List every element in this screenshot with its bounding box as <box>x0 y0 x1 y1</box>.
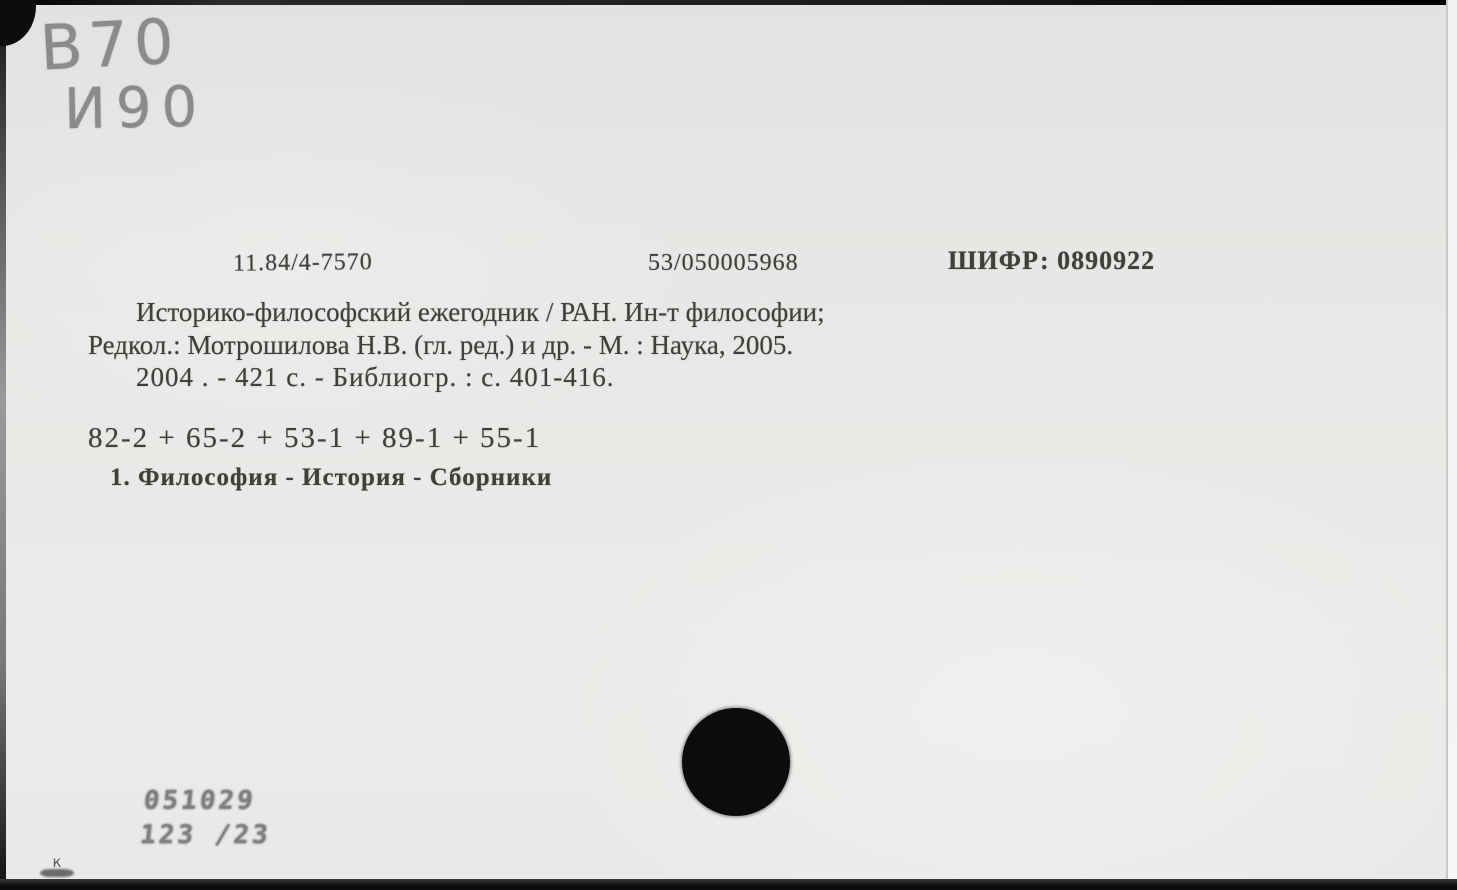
scan-edge-top <box>0 0 1457 5</box>
accession-stamp: 051029 123 /23 <box>138 784 276 852</box>
ink-blot <box>40 869 74 877</box>
catalog-card-scan: В70 И90 11.84/4-7570 53/050005968 ШИФР: … <box>0 0 1457 890</box>
corner-smudge-mark: к <box>40 856 74 877</box>
accession-stamp-line1: 051029 <box>142 784 276 818</box>
scan-edge-bottom <box>0 879 1457 890</box>
scan-edge-left <box>0 0 6 890</box>
subject-heading: 1. Философия - История - Сборники <box>110 464 552 492</box>
hole-punch <box>682 708 790 816</box>
handwritten-call-mark-line1: В70 <box>38 4 181 84</box>
record-number: 11.84/4-7570 <box>233 249 373 277</box>
card-right-edge <box>1446 0 1457 890</box>
control-number: 53/050005968 <box>648 250 799 277</box>
handwritten-call-mark-line2: И90 <box>63 75 207 142</box>
entry-editor-line: Редкол.: Мотрошилова Н.В. (гл. ред.) и д… <box>88 330 793 361</box>
entry-title-line: Историко-философский ежегодник / РАН. Ин… <box>136 297 825 328</box>
scan-corner-shadow <box>0 0 36 46</box>
accession-stamp-line2: 123 /23 <box>138 818 272 852</box>
shifr-number: ШИФР: 0890922 <box>948 246 1155 276</box>
entry-collation-line: 2004 . - 421 с. - Библиогр. : с. 401-416… <box>136 362 614 393</box>
udc-formula: 82-2 + 65-2 + 53-1 + 89-1 + 55-1 <box>88 422 541 455</box>
